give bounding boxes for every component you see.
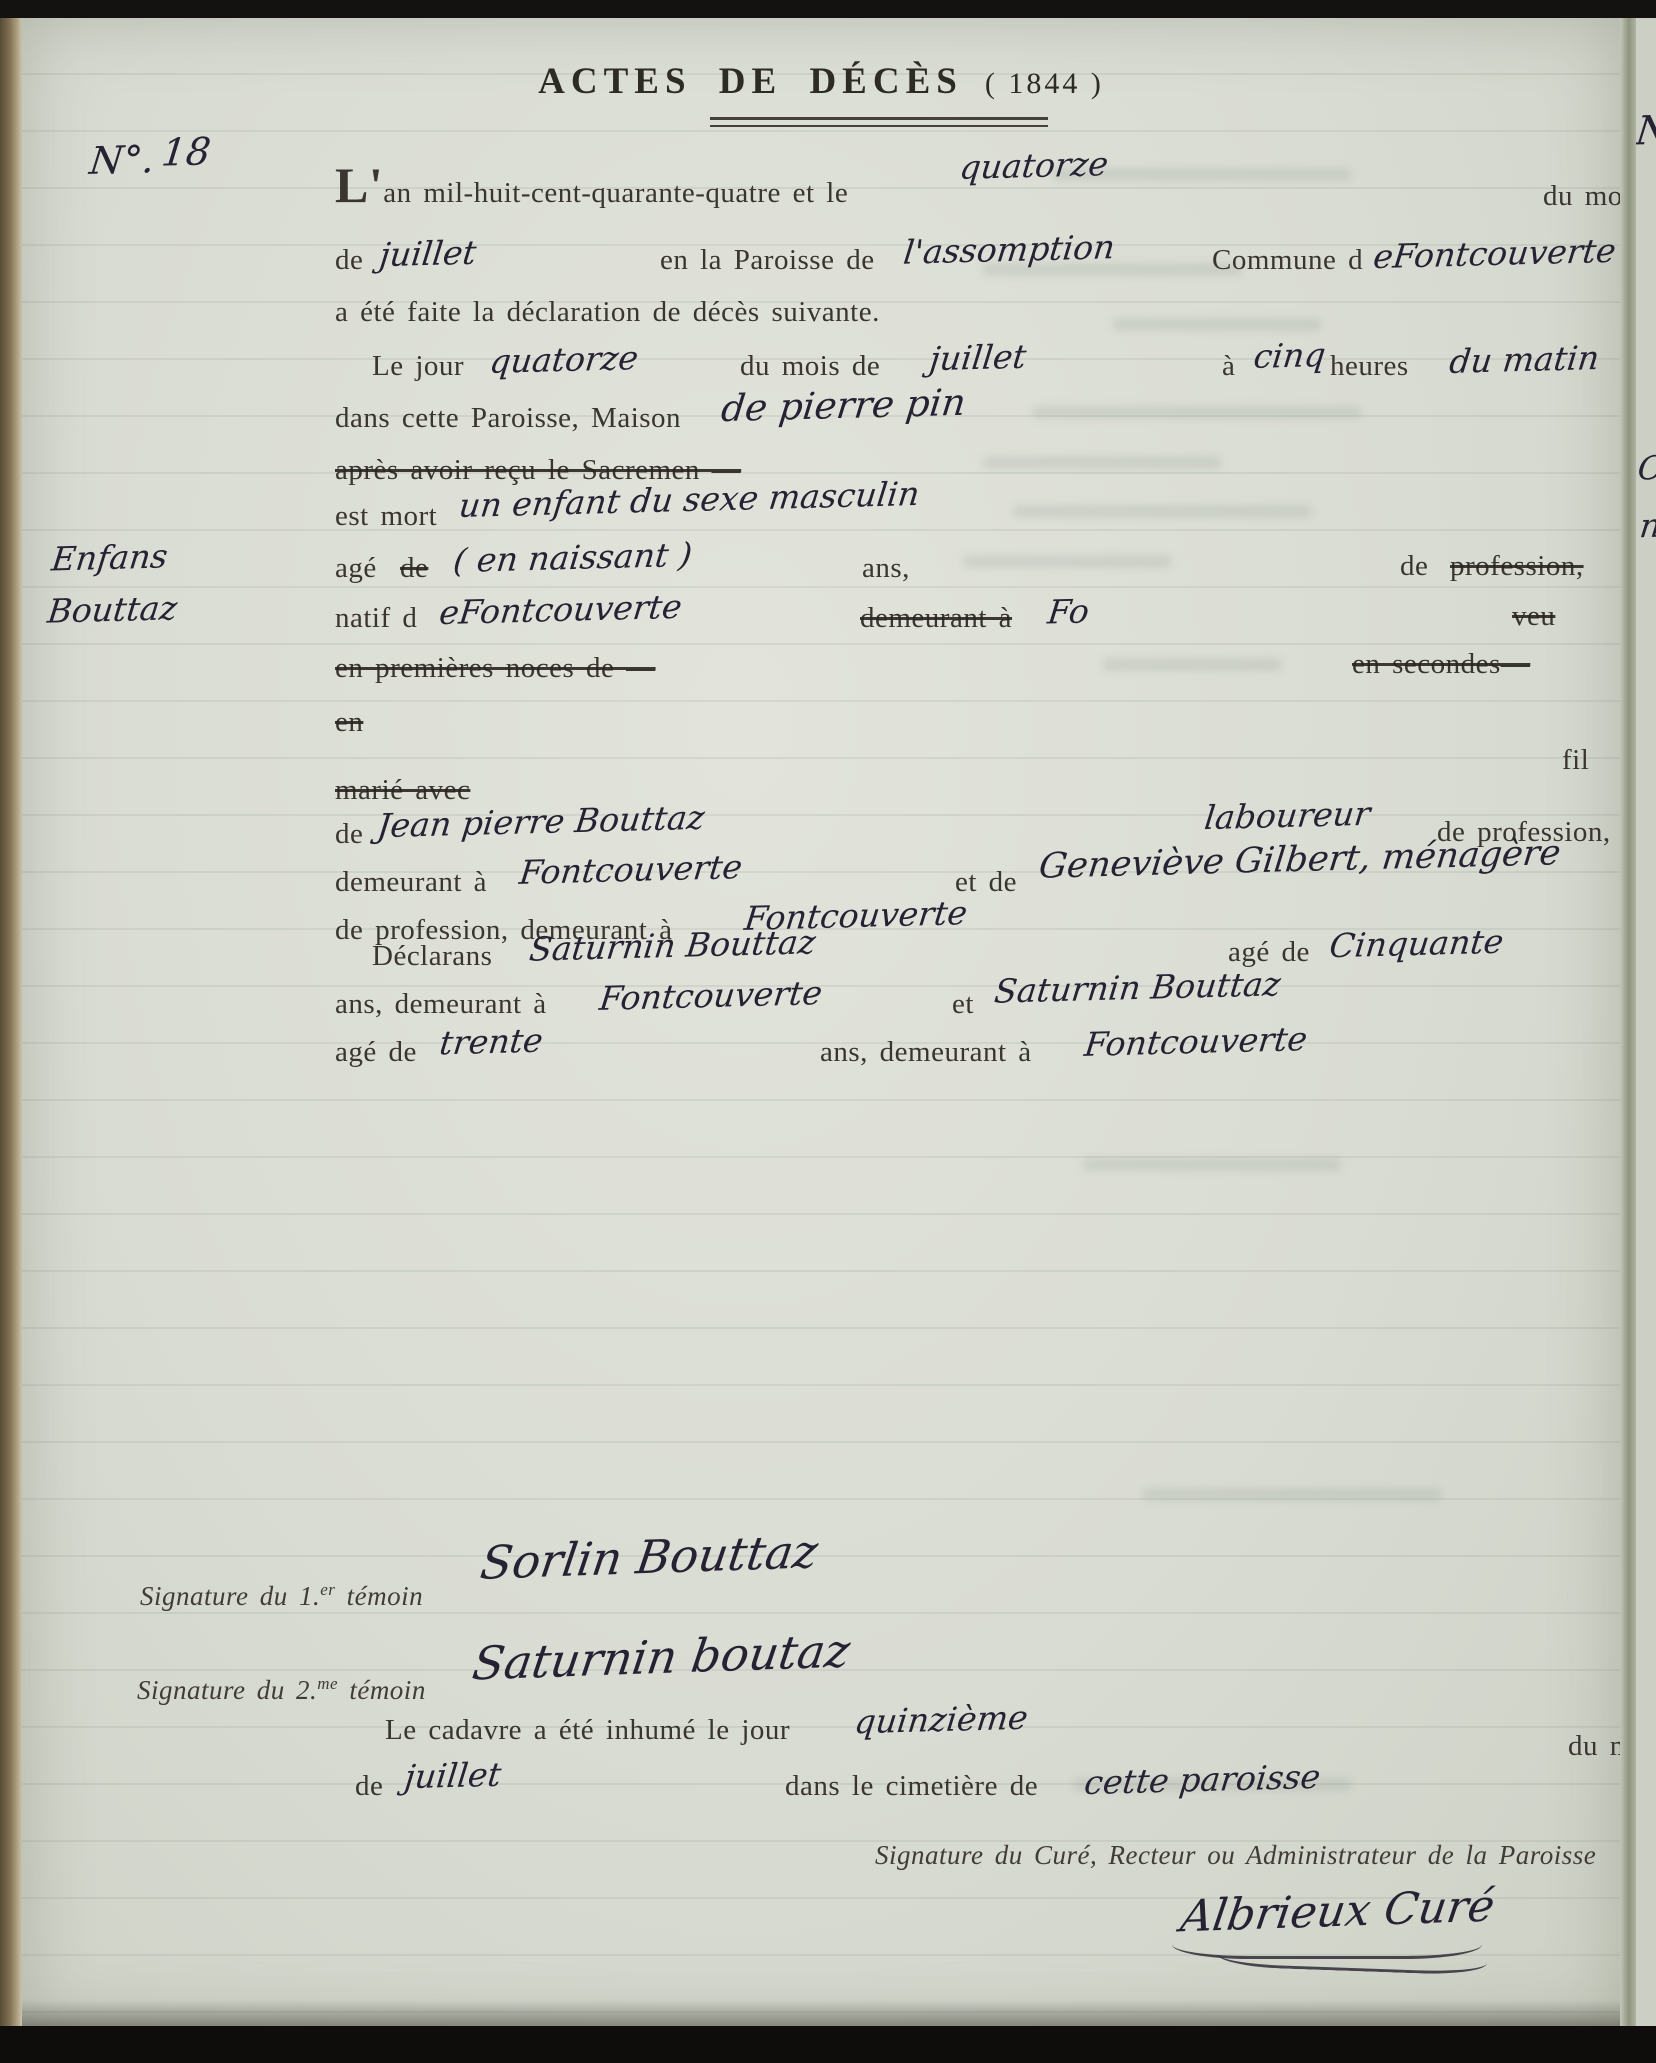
parish-entry: l'assomption [901, 227, 1117, 271]
witness2-label-sup: me [317, 1674, 338, 1693]
record-number: 18 [159, 129, 213, 174]
age-entry: ( en naissant ) [451, 535, 694, 580]
next-page-fragment: Ch [1636, 447, 1656, 487]
declarant2-name-entry: Saturnin Bouttaz [992, 964, 1282, 1010]
burial-day-entry: quinzième [852, 1698, 1030, 1742]
next-page-fragment: N [1633, 108, 1656, 155]
witness2-label-temoin: témoin [349, 1675, 426, 1705]
scanned-death-register-page: ACTES DE DÉCÈS ( 1844 ) N°. 18 Enfans Bo… [0, 0, 1656, 2063]
parish-label: en la Paroisse de [660, 244, 875, 277]
bleedthrough-mark [1012, 505, 1312, 518]
declarant2-age-entry: trente [438, 1021, 545, 1063]
cemetery-label: dans le cimetière de [785, 1770, 1038, 1803]
next-page-fragment: n [1638, 506, 1656, 546]
natif-label: natif d [335, 602, 417, 635]
de-text: de [335, 244, 363, 277]
age-label: agé [335, 552, 377, 585]
profession-struck: profession, [1450, 550, 1584, 583]
time-of-day-entry: du matin [1448, 338, 1602, 381]
burial-de-label: de [355, 1770, 383, 1803]
page-header: ACTES DE DÉCÈS ( 1844 ) [22, 60, 1620, 103]
scan-border-top [0, 0, 1656, 18]
father-residence-label: demeurant à [335, 866, 487, 899]
record-number-label: N°. [87, 137, 157, 183]
bleedthrough-mark [1112, 318, 1322, 331]
death-day-entry: quatorze [488, 338, 641, 381]
commune-label: Commune d [1212, 244, 1363, 277]
document-page: ACTES DE DÉCÈS ( 1844 ) N°. 18 Enfans Bo… [22, 18, 1620, 2026]
witness2-signature: Saturnin boutaz [469, 1623, 853, 1690]
bleedthrough-mark [1142, 1488, 1442, 1501]
heures-label: heures [1330, 350, 1409, 383]
father-de-label: de [335, 818, 363, 851]
secondes-struck: en secondes— [1352, 648, 1530, 681]
death-hour-entry: cinq [1252, 335, 1328, 376]
en-struck: en [335, 706, 363, 739]
page-title-year: ( 1844 ) [985, 67, 1104, 100]
residence-abbrev-entry: Fo [1046, 591, 1092, 631]
witness1-label-sup: er [320, 1580, 335, 1599]
burial-text: Le cadavre a été inhumé le jour [385, 1714, 790, 1747]
next-page-sliver: N Ch n [1636, 18, 1656, 2026]
commune-entry: eFontcouverte [1371, 231, 1618, 276]
month-entry: juillet [378, 233, 479, 274]
mother-name-entry: Geneviève Gilbert, ménagère [1037, 833, 1563, 887]
father-name-entry: Jean pierre Bouttaz [375, 798, 706, 846]
demeurant-struck: demeurant à [860, 602, 1012, 635]
act-opening-text: L'an mil-huit-cent-quarante-quatre et le [335, 156, 848, 214]
margin-note-line2: Bouttaz [46, 588, 180, 630]
burial-month-entry: juillet [403, 1755, 504, 1796]
bleedthrough-mark [1082, 1158, 1342, 1171]
witness1-label-text: Signature du 1. [140, 1581, 320, 1611]
bleedthrough-mark [962, 555, 1172, 568]
du-mois-de-label: du mois de [740, 350, 880, 383]
margin-note-line1: Enfans [50, 536, 170, 578]
profession-de-label: de [1400, 550, 1428, 583]
veu-struck: veu [1512, 600, 1555, 633]
book-binding-edge [0, 18, 22, 2030]
declarant2-age-label: agé de [335, 1036, 417, 1069]
cure-signature-label: Signature du Curé, Recteur ou Administra… [875, 1840, 1596, 1871]
premieres-noces-struck: en premières noces de — [335, 652, 656, 685]
page-fold-shadow [1620, 18, 1636, 2026]
scan-border-bottom [0, 2026, 1656, 2063]
witness2-label-text: Signature du 2. [137, 1675, 317, 1705]
bleedthrough-mark [982, 456, 1222, 469]
declarant2-residence-entry: Fontcouverte [1082, 1019, 1309, 1064]
marie-avec-struck: marié avec [335, 774, 470, 807]
bleedthrough-mark [1032, 406, 1362, 419]
house-entry: de pierre pin [719, 381, 968, 430]
fils-label: fil [1562, 744, 1589, 777]
father-profession-entry: laboureur [1202, 794, 1372, 837]
father-residence-entry: Fontcouverte [517, 847, 744, 892]
declarant1-residence-label: ans, demeurant à [335, 988, 547, 1021]
declarant1-residence-entry: Fontcouverte [597, 973, 824, 1018]
declarant1-age-entry: Cinquante [1327, 922, 1505, 966]
birthplace-entry: eFontcouverte [437, 587, 684, 632]
cemetery-entry: cette paroisse [1082, 1757, 1322, 1802]
declarant1-name-entry: Saturnin Bouttaz [527, 922, 817, 968]
declarants-label: Déclarans [372, 940, 492, 973]
witness1-label: Signature du 1.er témoin [140, 1580, 423, 1612]
page-title: ACTES DE DÉCÈS [538, 61, 963, 102]
witness2-label: Signature du 2.me témoin [137, 1674, 426, 1706]
bleedthrough-mark [1102, 658, 1282, 671]
est-mort-label: est mort [335, 500, 437, 533]
declarant2-residence-label: ans, demeurant à [820, 1036, 1032, 1069]
age-de-struck: de [400, 552, 428, 585]
ans-label: ans, [862, 552, 910, 585]
witness1-label-temoin: témoin [347, 1581, 424, 1611]
et-label: et [952, 988, 974, 1021]
a-label: à [1222, 350, 1235, 383]
witness1-signature: Sorlin Bouttaz [477, 1524, 821, 1590]
death-month-entry: juillet [928, 337, 1029, 378]
day-written: quatorze [958, 144, 1111, 187]
le-jour-label: Le jour [372, 350, 464, 383]
maison-label: dans cette Paroisse, Maison [335, 402, 681, 435]
declaration-text: a été faite la déclaration de décès suiv… [335, 296, 880, 329]
title-underline [710, 117, 1048, 127]
